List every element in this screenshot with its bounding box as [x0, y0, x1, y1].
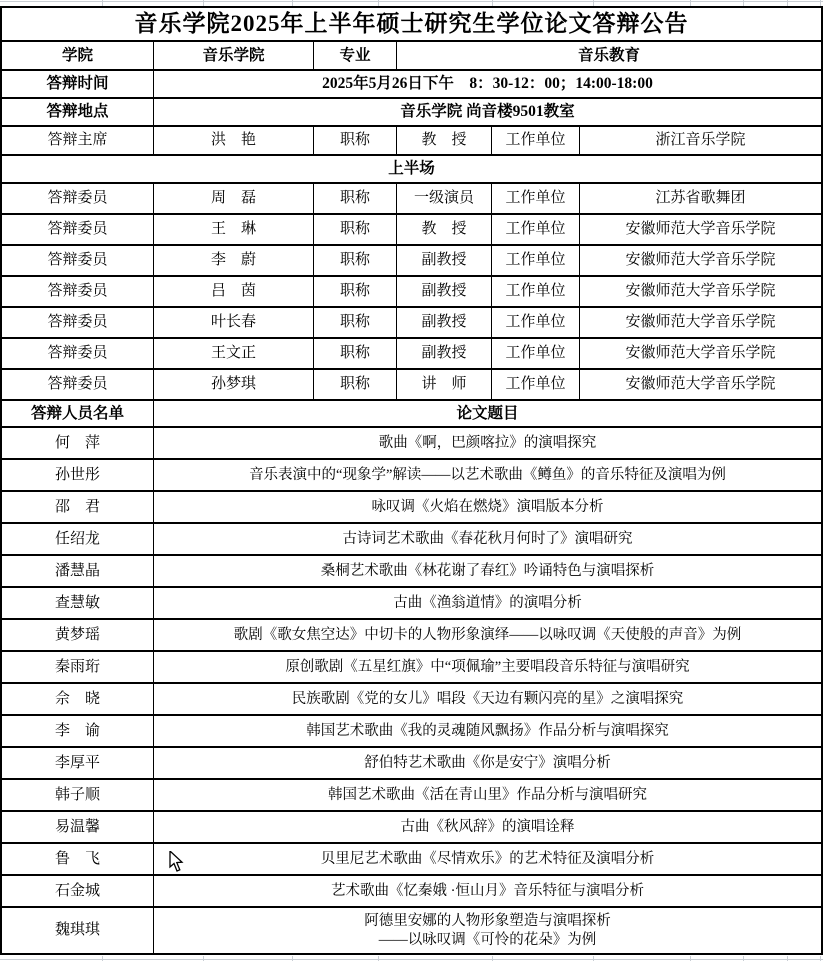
defender-row: 查慧敏 古曲《渔翁道情》的演唱分析 — [2, 588, 821, 620]
defender-row: 黄梦瑶 歌剧《歌女焦空达》中切卡的人物形象演绎——以咏叹调《天使般的声音》为例 — [2, 620, 821, 652]
committee-unit-label-cell: 工作单位 — [492, 370, 580, 399]
thesis-cell: 歌曲《啊，巴颜喀拉》的演唱探究 — [154, 428, 821, 458]
chair-unit-value-cell: 浙江音乐学院 — [580, 127, 821, 154]
committee-title-label-cell: 职称 — [314, 184, 397, 213]
defender-name-cell: 李 谕 — [2, 716, 154, 746]
excel-gridline — [743, 956, 744, 961]
defender-row: 秦雨珩 原创歌剧《五星红旗》中“项佩瑜”主要唱段音乐特征与演唱研究 — [2, 652, 821, 684]
excel-gridline — [102, 0, 103, 6]
committee-role-cell: 答辩委员 — [2, 246, 154, 275]
committee-row: 答辩委员 王 琳 职称 教 授 工作单位 安徽师范大学音乐学院 — [2, 215, 821, 246]
defender-name-header-cell: 答辩人员名单 — [2, 401, 154, 426]
committee-row: 答辩委员 叶长春 职称 副教授 工作单位 安徽师范大学音乐学院 — [2, 308, 821, 339]
excel-gridline — [820, 956, 821, 961]
excel-gridline — [743, 0, 744, 6]
committee-unit-value-cell: 安徽师范大学音乐学院 — [580, 246, 821, 275]
committee-unit-value-cell: 安徽师范大学音乐学院 — [580, 308, 821, 337]
thesis-cell: 音乐表演中的“现象学”解读——以艺术歌曲《鳟鱼》的音乐特征及演唱为例 — [154, 460, 821, 490]
committee-name-cell: 孙梦琪 — [154, 370, 314, 399]
defender-list-header-row: 答辩人员名单 论文题目 — [2, 401, 821, 428]
thesis-cell: 古曲《秋风辞》的演唱诠释 — [154, 812, 821, 842]
defender-name-cell: 潘慧晶 — [2, 556, 154, 586]
chair-role-cell: 答辩主席 — [2, 127, 154, 154]
committee-name-cell: 吕 茵 — [154, 277, 314, 306]
defender-row: 何 萍 歌曲《啊，巴颜喀拉》的演唱探究 — [2, 428, 821, 460]
committee-name-cell: 王 琳 — [154, 215, 314, 244]
committee-title-label-cell: 职称 — [314, 308, 397, 337]
committee-name-cell: 王文正 — [154, 339, 314, 368]
thesis-cell: 桑桐艺术歌曲《林花谢了春红》吟诵特色与演唱探析 — [154, 556, 821, 586]
mouse-cursor-icon — [169, 851, 184, 873]
defender-row: 邵 君 咏叹调《火焰在燃烧》演唱版本分析 — [2, 492, 821, 524]
committee-unit-value-cell: 江苏省歌舞团 — [580, 184, 821, 213]
excel-gridline — [690, 956, 691, 961]
defender-name-cell: 秦雨珩 — [2, 652, 154, 682]
committee-title-value-cell: 副教授 — [397, 246, 492, 275]
excel-gridline — [690, 0, 691, 6]
committee-role-cell: 答辩委员 — [2, 339, 154, 368]
chair-name-cell: 洪 艳 — [154, 127, 314, 154]
thesis-line-1: 阿德里安娜的人物形象塑造与演唱探析 — [364, 912, 611, 930]
college-value-cell: 音乐学院 — [154, 42, 314, 69]
committee-role-cell: 答辩委员 — [2, 277, 154, 306]
defender-row: 石金城 艺术歌曲《忆秦娥 ·恒山月》音乐特征与演唱分析 — [2, 876, 821, 908]
defense-venue-row: 答辩地点 音乐学院 尚音楼9501教室 — [2, 99, 821, 127]
defender-row: 潘慧晶 桑桐艺术歌曲《林花谢了春红》吟诵特色与演唱探析 — [2, 556, 821, 588]
committee-unit-value-cell: 安徽师范大学音乐学院 — [580, 215, 821, 244]
committee-unit-value-cell: 安徽师范大学音乐学院 — [580, 370, 821, 399]
thesis-cell: 韩国艺术歌曲《活在青山里》作品分析与演唱研究 — [154, 780, 821, 810]
committee-name-cell: 周 磊 — [154, 184, 314, 213]
venue-value-cell: 音乐学院 尚音楼9501教室 — [154, 99, 821, 125]
excel-gridline — [593, 0, 594, 6]
defender-name-cell: 石金城 — [2, 876, 154, 906]
committee-title-value-cell: 教 授 — [397, 215, 492, 244]
defender-row: 鲁 飞 贝里尼艺术歌曲《尽情欢乐》的艺术特征及演唱分析 — [2, 844, 821, 876]
chair-title-value-cell: 教 授 — [397, 127, 492, 154]
defense-time-row: 答辩时间 2025年5月26日下午 8：30-12：00；14:00-18:00 — [2, 71, 821, 99]
thesis-cell: 歌剧《歌女焦空达》中切卡的人物形象演绎——以咏叹调《天使般的声音》为例 — [154, 620, 821, 650]
committee-role-cell: 答辩委员 — [2, 215, 154, 244]
excel-gridline — [292, 0, 293, 6]
committee-title-value-cell: 副教授 — [397, 277, 492, 306]
chair-row: 答辩主席 洪 艳 职称 教 授 工作单位 浙江音乐学院 — [2, 127, 821, 156]
defender-name-cell: 韩子顺 — [2, 780, 154, 810]
defender-name-cell: 黄梦瑶 — [2, 620, 154, 650]
excel-gridline — [492, 956, 493, 961]
defender-name-cell: 鲁 飞 — [2, 844, 154, 874]
defender-row: 佘 晓 民族歌剧《党的女儿》唱段《天边有颗闪亮的星》之演唱探究 — [2, 684, 821, 716]
thesis-cell: 古曲《渔翁道情》的演唱分析 — [154, 588, 821, 618]
committee-role-cell: 答辩委员 — [2, 184, 154, 213]
committee-title-label-cell: 职称 — [314, 370, 397, 399]
defender-row: 李厚平 舒伯特艺术歌曲《你是安宁》演唱分析 — [2, 748, 821, 780]
excel-gridline — [0, 1, 823, 2]
defender-row: 孙世彤 音乐表演中的“现象学”解读——以艺术歌曲《鳟鱼》的音乐特征及演唱为例 — [2, 460, 821, 492]
college-major-row: 学院 音乐学院 专业 音乐教育 — [2, 42, 821, 71]
committee-title-label-cell: 职称 — [314, 277, 397, 306]
thesis-line-2: ——以咏叹调《可怜的花朵》为例 — [379, 931, 597, 949]
excel-gridline — [203, 0, 204, 6]
committee-row: 答辩委员 王文正 职称 副教授 工作单位 安徽师范大学音乐学院 — [2, 339, 821, 370]
excel-gridline — [203, 956, 204, 961]
committee-title-label-cell: 职称 — [314, 215, 397, 244]
defender-name-cell: 佘 晓 — [2, 684, 154, 714]
thesis-cell: 古诗词艺术歌曲《春花秋月何时了》演唱研究 — [154, 524, 821, 554]
committee-role-cell: 答辩委员 — [2, 308, 154, 337]
excel-gridline — [0, 959, 823, 960]
excel-gridline — [787, 956, 788, 961]
committee-title-value-cell: 一级演员 — [397, 184, 492, 213]
committee-unit-label-cell: 工作单位 — [492, 339, 580, 368]
major-label-cell: 专业 — [314, 42, 397, 69]
thesis-cell: 阿德里安娜的人物形象塑造与演唱探析 ——以咏叹调《可怜的花朵》为例 — [154, 908, 821, 953]
committee-unit-value-cell: 安徽师范大学音乐学院 — [580, 339, 821, 368]
committee-unit-label-cell: 工作单位 — [492, 184, 580, 213]
committee-role-cell: 答辩委员 — [2, 370, 154, 399]
thesis-cell: 咏叹调《火焰在燃烧》演唱版本分析 — [154, 492, 821, 522]
committee-unit-label-cell: 工作单位 — [492, 308, 580, 337]
thesis-cell: 贝里尼艺术歌曲《尽情欢乐》的艺术特征及演唱分析 — [154, 844, 821, 874]
committee-name-cell: 李 蔚 — [154, 246, 314, 275]
excel-gridline — [102, 956, 103, 961]
thesis-cell: 艺术歌曲《忆秦娥 ·恒山月》音乐特征与演唱分析 — [154, 876, 821, 906]
time-value-cell: 2025年5月26日下午 8：30-12：00；14:00-18:00 — [154, 71, 821, 97]
committee-unit-label-cell: 工作单位 — [492, 215, 580, 244]
thesis-cell: 原创歌剧《五星红旗》中“项佩瑜”主要唱段音乐特征与演唱研究 — [154, 652, 821, 682]
defender-name-cell: 邵 君 — [2, 492, 154, 522]
defender-name-cell: 何 萍 — [2, 428, 154, 458]
page-title: 音乐学院2025年上半年硕士研究生学位论文答辩公告 — [2, 8, 821, 40]
defender-row: 魏琪琪 阿德里安娜的人物形象塑造与演唱探析 ——以咏叹调《可怜的花朵》为例 — [2, 908, 821, 953]
committee-row: 答辩委员 周 磊 职称 一级演员 工作单位 江苏省歌舞团 — [2, 184, 821, 215]
committee-title-value-cell: 副教授 — [397, 339, 492, 368]
thesis-cell: 韩国艺术歌曲《我的灵魂随风飘扬》作品分析与演唱探究 — [154, 716, 821, 746]
committee-unit-label-cell: 工作单位 — [492, 277, 580, 306]
chair-title-label-cell: 职称 — [314, 127, 397, 154]
defender-row: 易温馨 古曲《秋风辞》的演唱诠释 — [2, 812, 821, 844]
defender-row: 李 谕 韩国艺术歌曲《我的灵魂随风飘扬》作品分析与演唱探究 — [2, 716, 821, 748]
defender-row: 韩子顺 韩国艺术歌曲《活在青山里》作品分析与演唱研究 — [2, 780, 821, 812]
thesis-cell: 舒伯特艺术歌曲《你是安宁》演唱分析 — [154, 748, 821, 778]
excel-gridline — [820, 0, 821, 6]
spreadsheet-screenshot: 音乐学院2025年上半年硕士研究生学位论文答辩公告 学院 音乐学院 专业 音乐教… — [0, 0, 823, 961]
defender-name-cell: 查慧敏 — [2, 588, 154, 618]
committee-unit-value-cell: 安徽师范大学音乐学院 — [580, 277, 821, 306]
committee-row: 答辩委员 孙梦琪 职称 讲 师 工作单位 安徽师范大学音乐学院 — [2, 370, 821, 401]
committee-row: 答辩委员 吕 茵 职称 副教授 工作单位 安徽师范大学音乐学院 — [2, 277, 821, 308]
committee-title-value-cell: 讲 师 — [397, 370, 492, 399]
committee-row: 答辩委员 李 蔚 职称 副教授 工作单位 安徽师范大学音乐学院 — [2, 246, 821, 277]
committee-name-cell: 叶长春 — [154, 308, 314, 337]
excel-gridline — [492, 0, 493, 6]
announcement-table: 音乐学院2025年上半年硕士研究生学位论文答辩公告 学院 音乐学院 专业 音乐教… — [0, 6, 823, 955]
committee-unit-label-cell: 工作单位 — [492, 246, 580, 275]
session-header-row: 上半场 — [2, 156, 821, 184]
college-label-cell: 学院 — [2, 42, 154, 69]
thesis-cell: 民族歌剧《党的女儿》唱段《天边有颗闪亮的星》之演唱探究 — [154, 684, 821, 714]
excel-gridline — [292, 956, 293, 961]
title-row: 音乐学院2025年上半年硕士研究生学位论文答辩公告 — [2, 8, 821, 42]
excel-gridline — [378, 956, 379, 961]
defender-name-cell: 孙世彤 — [2, 460, 154, 490]
committee-title-label-cell: 职称 — [314, 246, 397, 275]
excel-gridline — [593, 956, 594, 961]
defender-name-cell: 任绍龙 — [2, 524, 154, 554]
major-value-cell: 音乐教育 — [397, 42, 821, 69]
time-label-cell: 答辩时间 — [2, 71, 154, 97]
session-header: 上半场 — [2, 156, 821, 182]
thesis-title-header-cell: 论文题目 — [154, 401, 821, 426]
defender-row: 任绍龙 古诗词艺术歌曲《春花秋月何时了》演唱研究 — [2, 524, 821, 556]
excel-gridline — [378, 0, 379, 6]
defender-name-cell: 魏琪琪 — [2, 908, 154, 953]
defender-name-cell: 李厚平 — [2, 748, 154, 778]
excel-gridline — [787, 0, 788, 6]
defender-name-cell: 易温馨 — [2, 812, 154, 842]
committee-title-label-cell: 职称 — [314, 339, 397, 368]
venue-label-cell: 答辩地点 — [2, 99, 154, 125]
committee-title-value-cell: 副教授 — [397, 308, 492, 337]
chair-unit-label-cell: 工作单位 — [492, 127, 580, 154]
